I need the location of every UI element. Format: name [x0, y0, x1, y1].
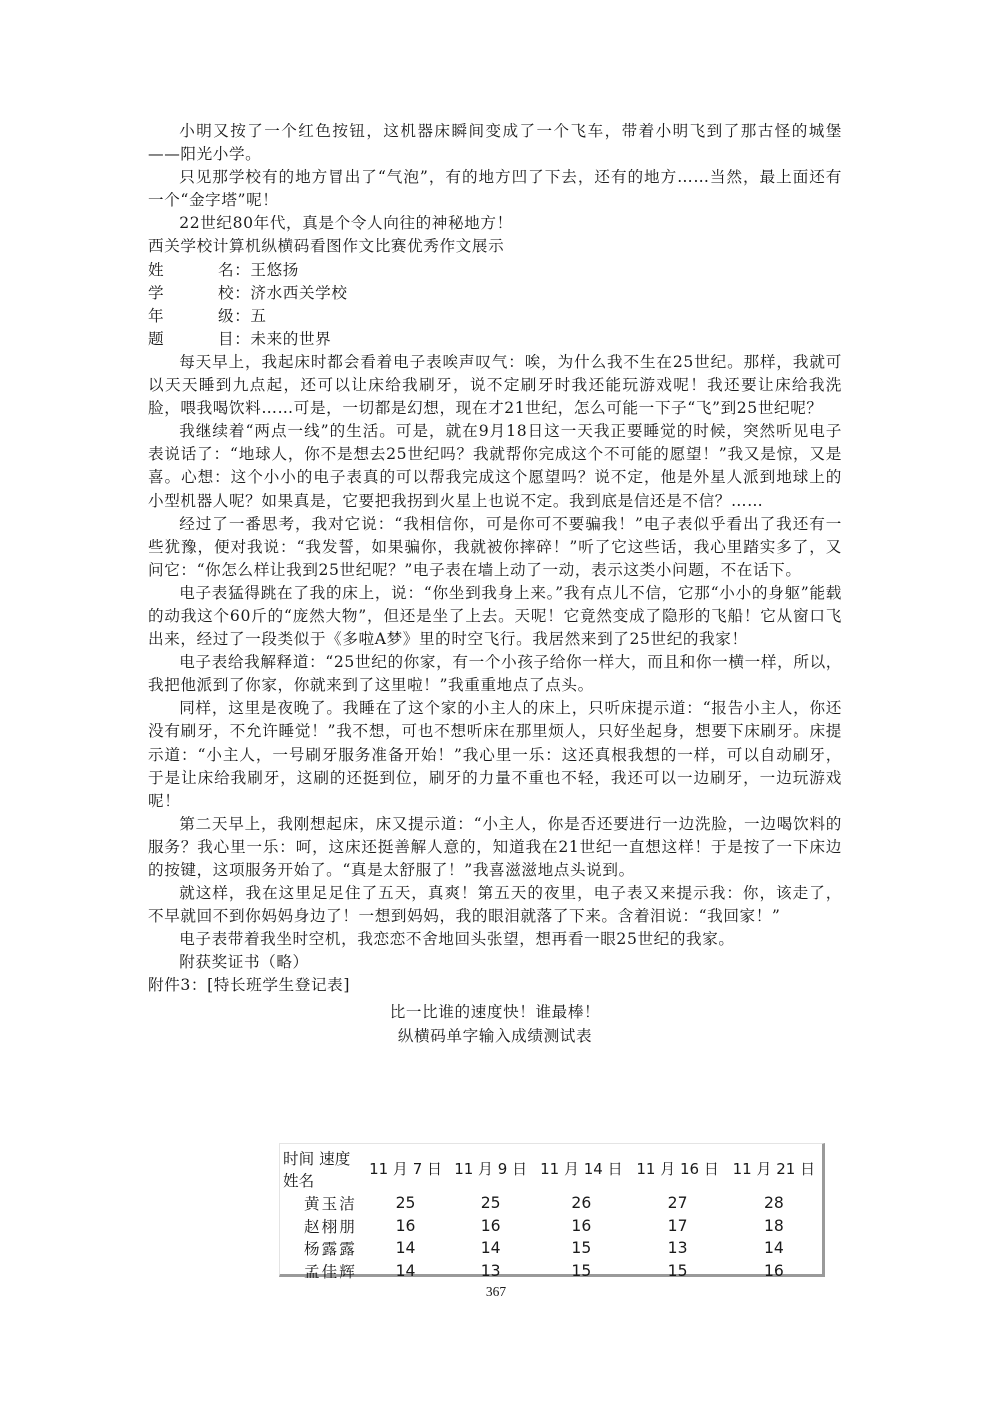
- score-cell: 16: [533, 1215, 629, 1238]
- info-fields: 姓名：王悠扬 学校：济水西关学校 年级：五 题目：未来的世界: [148, 259, 842, 351]
- score-cell: 25: [363, 1192, 448, 1215]
- corner-header: 时间 速度 姓名: [280, 1144, 363, 1192]
- table-title-slogan: 比一比谁的速度快！谁最棒！: [148, 1000, 842, 1024]
- paragraph: 22世纪80年代，真是个令人向往的神秘地方！: [148, 212, 842, 235]
- score-cell: 15: [533, 1237, 629, 1260]
- student-name: 孟佳辉: [280, 1260, 363, 1283]
- score-cell: 14: [726, 1237, 822, 1260]
- column-header-date: 11 月 14 日: [533, 1144, 629, 1192]
- table-header-row: 时间 速度 姓名 11 月 7 日 11 月 9 日 11 月 14 日 11 …: [280, 1144, 822, 1192]
- student-name: 黄玉洁: [280, 1192, 363, 1215]
- table-row: 杨露露 14 14 15 13 14: [280, 1237, 822, 1260]
- table-row: 孟佳辉 14 13 15 15 16: [280, 1260, 822, 1283]
- essay-paragraph: 电子表给我解释道：“25世纪的你家，有一个小孩子给你一样大，而且和你一横一样，所…: [148, 651, 842, 697]
- essay-paragraph: 我继续着“两点一线”的生活。可是，就在9月18日这一天我正要睡觉的时候，突然听见…: [148, 420, 842, 512]
- score-cell: 17: [629, 1215, 725, 1238]
- score-table-frame: 时间 速度 姓名 11 月 7 日 11 月 9 日 11 月 14 日 11 …: [279, 1143, 825, 1277]
- section-heading: 西关学校计算机纵横码看图作文比赛优秀作文展示: [148, 235, 842, 258]
- paragraph: 只见那学校有的地方冒出了“气泡”，有的地方凹了下去，还有的地方……当然，最上面还…: [148, 166, 842, 212]
- page-number: 367: [0, 1284, 992, 1300]
- essay-paragraph: 经过了一番思考，我对它说：“我相信你，可是你可不要骗我！”电子表似乎看出了我还有…: [148, 513, 842, 582]
- score-table: 时间 速度 姓名 11 月 7 日 11 月 9 日 11 月 14 日 11 …: [280, 1144, 822, 1282]
- score-cell: 14: [363, 1260, 448, 1283]
- info-field-name: 姓名：王悠扬: [148, 259, 842, 282]
- essay-paragraph: 电子表猛得跳在了我的床上，说：“你坐到我身上来。”我有点儿不信，它那“小小的身躯…: [148, 582, 842, 651]
- score-cell: 14: [448, 1237, 533, 1260]
- document-body: 小明又按了一个红色按钮，这机器床瞬间变成了一个飞车，带着小明飞到了那古怪的城堡—…: [148, 120, 842, 1048]
- column-header-date: 11 月 16 日: [629, 1144, 725, 1192]
- info-field-title: 题目：未来的世界: [148, 328, 842, 351]
- essay-paragraph: 第二天早上，我刚想起床，床又提示道：“小主人，你是否还要进行一边洗脸，一边喝饮料…: [148, 813, 842, 882]
- score-cell: 16: [448, 1215, 533, 1238]
- score-cell: 15: [629, 1260, 725, 1283]
- table-title: 纵横码单字输入成绩测试表: [148, 1024, 842, 1048]
- paragraph: 小明又按了一个红色按钮，这机器床瞬间变成了一个飞车，带着小明飞到了那古怪的城堡—…: [148, 120, 842, 166]
- score-cell: 15: [533, 1260, 629, 1283]
- score-cell: 27: [629, 1192, 725, 1215]
- score-cell: 18: [726, 1215, 822, 1238]
- info-field-school: 学校：济水西关学校: [148, 282, 842, 305]
- student-name: 杨露露: [280, 1237, 363, 1260]
- info-field-grade: 年级：五: [148, 305, 842, 328]
- essay-paragraph: 电子表带着我坐时空机，我恋恋不舍地回头张望，想再看一眼25世纪的我家。: [148, 928, 842, 951]
- student-name: 赵栩朋: [280, 1215, 363, 1238]
- column-header-date: 11 月 21 日: [726, 1144, 822, 1192]
- essay-paragraph: 每天早上，我起床时都会看着电子表唉声叹气：唉，为什么我不生在25世纪。那样，我就…: [148, 351, 842, 420]
- score-cell: 14: [363, 1237, 448, 1260]
- score-cell: 26: [533, 1192, 629, 1215]
- score-cell: 16: [363, 1215, 448, 1238]
- score-cell: 16: [726, 1260, 822, 1283]
- certificate-note: 附获奖证书（略）: [148, 951, 842, 974]
- column-header-date: 11 月 7 日: [363, 1144, 448, 1192]
- essay-paragraph: 同样，这里是夜晚了。我睡在了这个家的小主人的床上，只听床提示道：“报告小主人，你…: [148, 697, 842, 812]
- score-cell: 13: [629, 1237, 725, 1260]
- score-cell: 13: [448, 1260, 533, 1283]
- column-header-date: 11 月 9 日: [448, 1144, 533, 1192]
- table-row: 赵栩朋 16 16 16 17 18: [280, 1215, 822, 1238]
- table-row: 黄玉洁 25 25 26 27 28: [280, 1192, 822, 1215]
- attachment-label: 附件3：[特长班学生登记表]: [148, 974, 842, 997]
- essay-paragraph: 就这样，我在这里足足住了五天，真爽！第五天的夜里，电子表又来提示我：你，该走了，…: [148, 882, 842, 928]
- score-cell: 25: [448, 1192, 533, 1215]
- score-cell: 28: [726, 1192, 822, 1215]
